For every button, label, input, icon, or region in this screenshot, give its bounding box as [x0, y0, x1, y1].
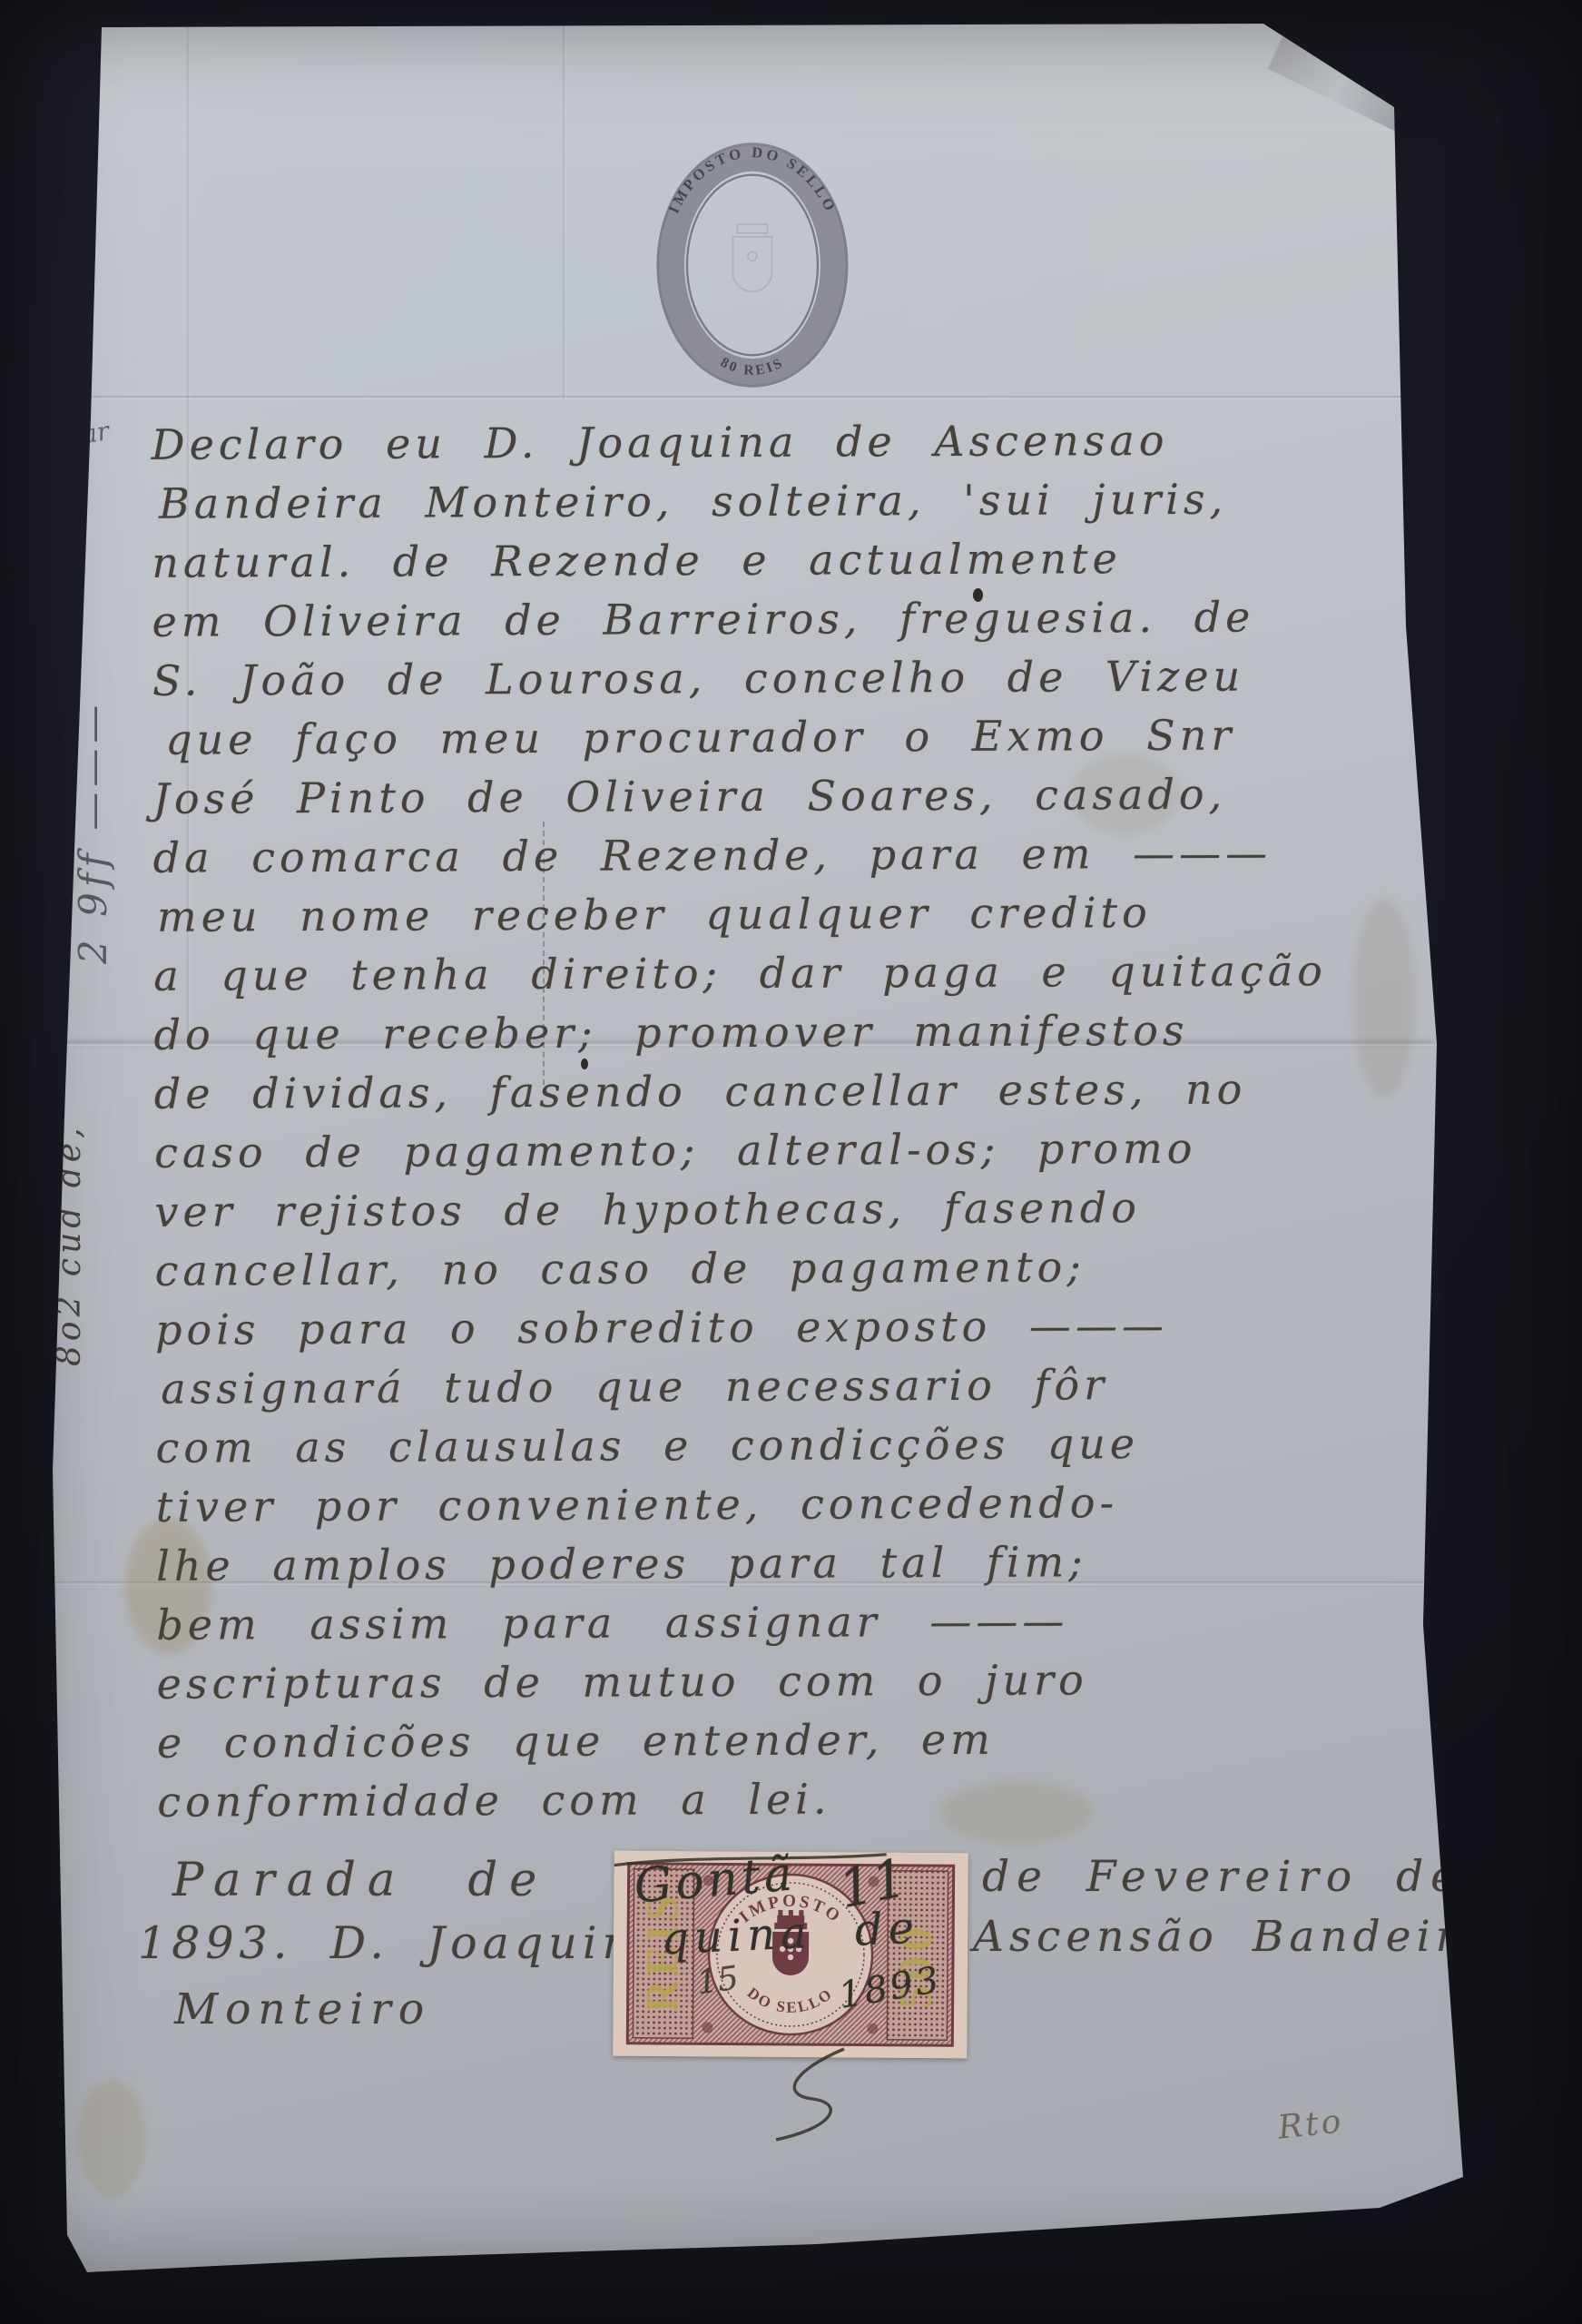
stamp-rosette	[867, 2024, 878, 2034]
closing-date: de Fevereiro de	[982, 1852, 1463, 1902]
seal-inner-ring	[687, 175, 818, 356]
revenue-stamp: REIS 500 IMPOSTO DO SELLO	[613, 1851, 968, 2059]
ink-fleck-middle	[581, 1059, 588, 1069]
handwriting-line: assignará tudo que necessario fôr	[161, 1354, 1329, 1419]
embossed-tax-seal: IMPOSTO DO SELLO 80 REIS	[638, 133, 867, 398]
document-paper: IMPOSTO DO SELLO 80 REIS Declaro eu D. J…	[0, 0, 1582, 2324]
stamp-rosette	[702, 2022, 712, 2033]
signature-surname: Monteiro	[174, 1984, 431, 2034]
handwriting-line: bem assim para assignar ———	[156, 1590, 1330, 1655]
stain-above-stamp	[939, 1781, 1094, 1845]
seal-band	[671, 158, 833, 372]
fold-crease-vertical-left	[187, 27, 191, 1044]
margin-note-top: Aar	[62, 416, 112, 453]
stain-bottom-left	[78, 2079, 146, 2197]
handwriting-line: pois para o sobredito exposto ———	[155, 1295, 1329, 1360]
stain-left-edge	[125, 1518, 211, 1654]
seal-top-text: IMPOSTO DO SELLO	[664, 143, 840, 216]
stain-left-small	[27, 853, 73, 917]
handwriting-line: a que tenha direito; dar paga e quitação	[153, 941, 1327, 1006]
handwriting-line: escripturas de mutuo com o juro	[157, 1649, 1331, 1714]
fold-crease-horizontal-middle	[54, 1042, 1434, 1046]
stain-center-right	[1071, 753, 1180, 835]
handwriting-line: Bandeira Monteiro, solteira, 'sui juris,	[159, 469, 1325, 534]
handwriting-line: S. João de Lourosa, concelho de Vizeu	[152, 646, 1326, 711]
margin-note-vertical-upper: 2 9ff ———	[71, 700, 115, 964]
handwriting-line: com as clausulas e condicções que	[155, 1413, 1329, 1478]
stamp-cancellation-number: 15	[694, 1960, 741, 2003]
handwriting-body: Declaro eu D. Joaquina de AscensaoBandei…	[152, 410, 1331, 1832]
handwriting-line: em Oliveira de Barreiros, freguesia. de	[152, 587, 1325, 652]
margin-note-vertical-lower: 8o2 cud de,	[51, 1123, 88, 1366]
signature-line-end: Ascensão Bandeira	[973, 1912, 1492, 1962]
handwriting-line: que faço meu procurador o Exmo Snr	[165, 705, 1326, 770]
fold-crease-horizontal-top	[91, 396, 1407, 399]
handwriting-line: meu nome receber qualquer credito	[157, 882, 1327, 947]
stain-right-edge	[1352, 899, 1416, 1098]
handwriting-line: natural. de Rezende e actualmente	[152, 528, 1325, 593]
seal-outer-ring	[658, 144, 847, 387]
margin-note-bottom-right: Rto	[1276, 2102, 1345, 2146]
handwriting-line: e condicões que entender, em	[157, 1709, 1331, 1773]
stamp-cancellation-stroke	[614, 1851, 887, 1871]
seal-watermark-arms	[733, 224, 772, 291]
ink-marked-crease	[543, 822, 548, 1085]
handwriting-line: do que receber; promover manifestos	[153, 1000, 1327, 1065]
handwriting-line: Declaro eu D. Joaquina de Ascensao	[152, 410, 1325, 475]
fold-crease-horizontal-lower	[53, 1581, 1423, 1585]
handwriting-line: tiver por conveniente, concedendo-	[156, 1472, 1330, 1537]
handwriting-line: José Pinto de Oliveira Soares, casado,	[152, 764, 1326, 829]
handwriting-line: da comarca de Rezende, para em ———	[153, 823, 1327, 888]
handwriting-line: caso de pagamento; alteral-os; promo	[154, 1118, 1328, 1183]
handwriting-line: ver rejistos de hypothecas, fasendo	[154, 1177, 1328, 1242]
fold-crease-vertical-upper	[563, 25, 566, 399]
handwriting-line: de dividas, fasendo cancellar estes, no	[154, 1059, 1328, 1124]
handwriting-line: lhe amplos poderes para tal fim;	[156, 1531, 1330, 1596]
closing-place: Parada de	[172, 1854, 548, 1907]
signature-flourish	[726, 2044, 880, 2149]
corner-fold-top-right	[1180, 24, 1398, 133]
handwriting-line: cancellar, no caso de pagamento;	[155, 1236, 1329, 1301]
seal-value-text: 80 REIS	[718, 355, 787, 379]
photograph-of-document: IMPOSTO DO SELLO 80 REIS Declaro eu D. J…	[0, 0, 1582, 2324]
ink-fleck-upper	[973, 588, 983, 602]
handwriting-line: conformidade com a lei.	[157, 1768, 1331, 1832]
